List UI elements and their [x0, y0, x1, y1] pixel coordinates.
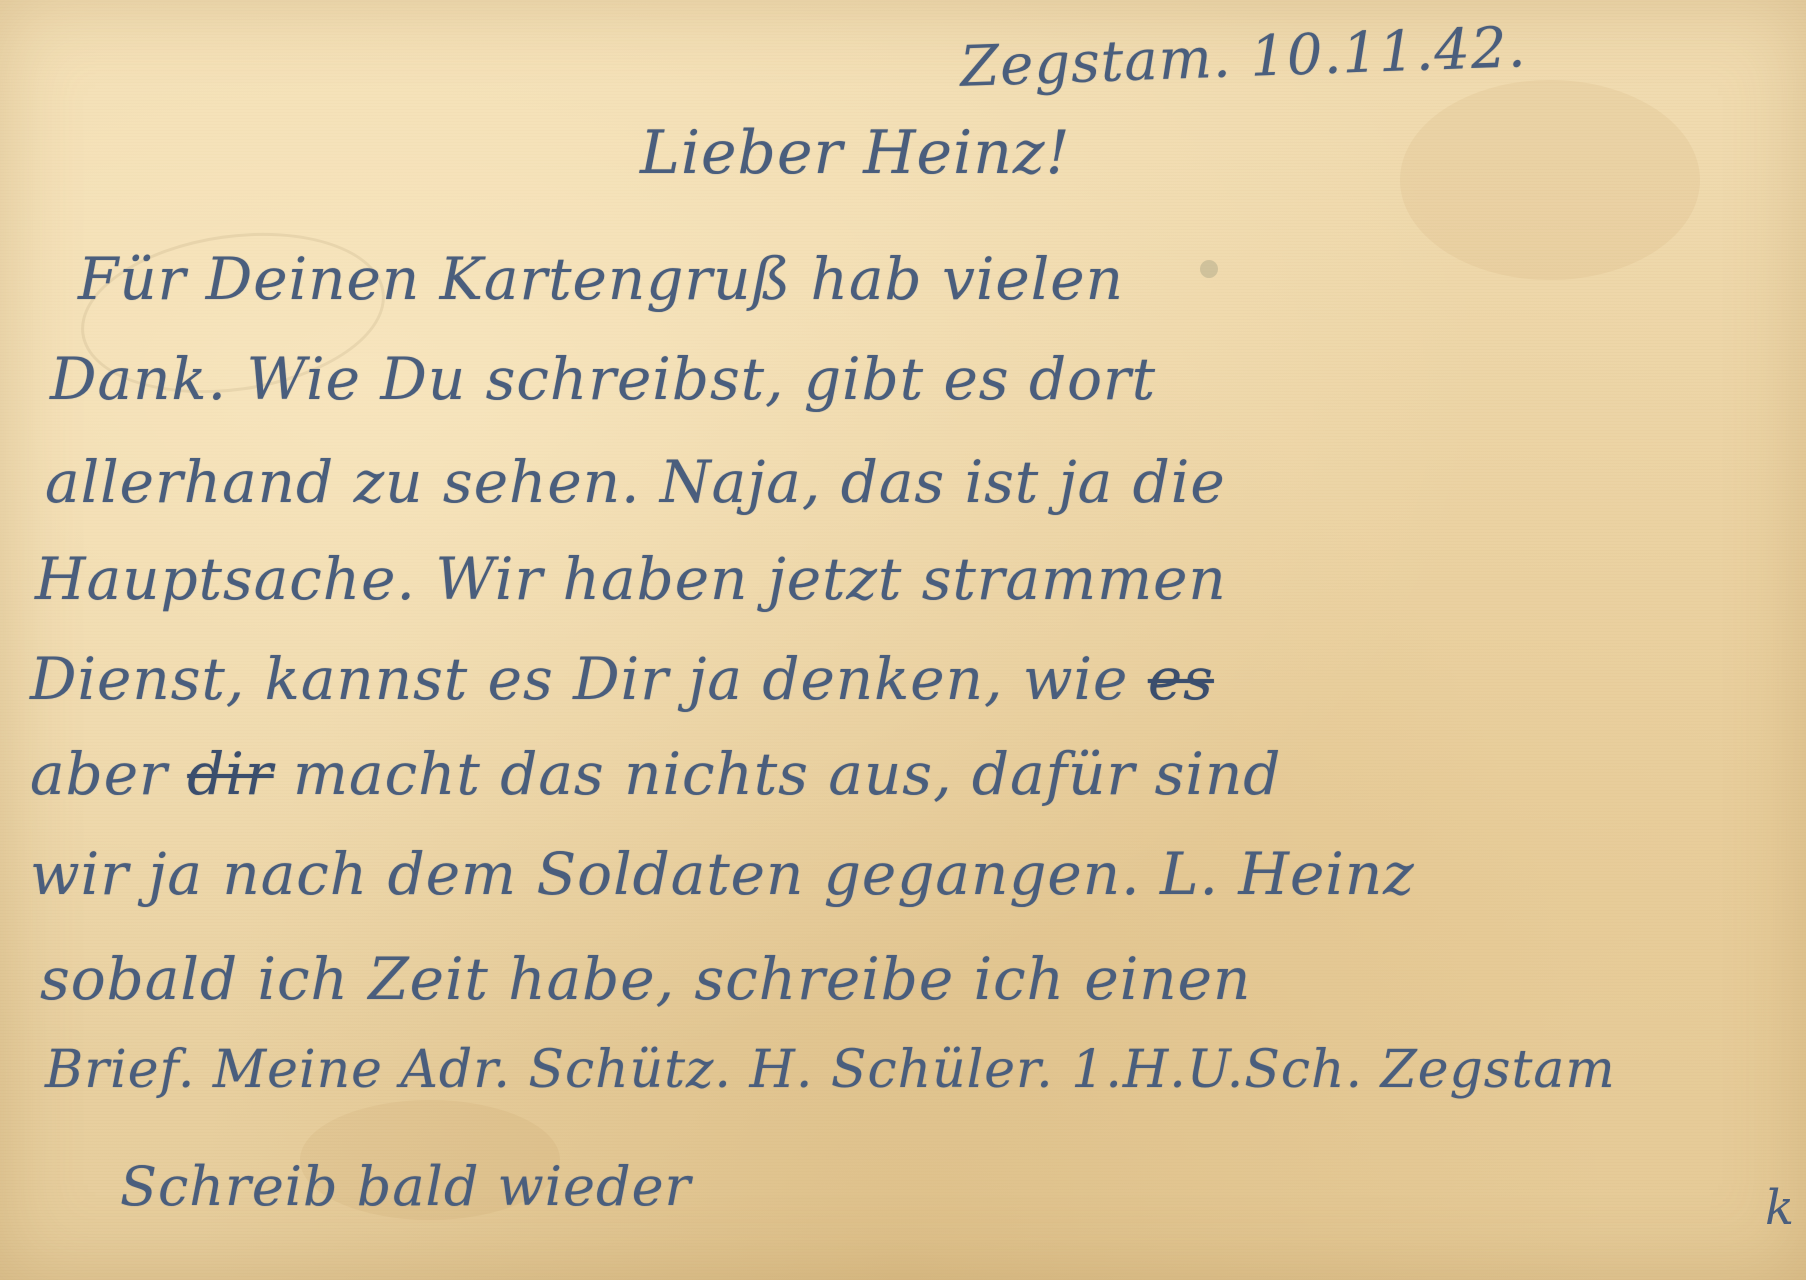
line-text: Dienst, kannst es Dir ja denken, wie: [30, 645, 1148, 713]
letter-line-7: wir ja nach dem Soldaten gegangen. L. He…: [30, 840, 1415, 908]
place-date-heading: Zegstam. 10.11.42.: [959, 15, 1527, 100]
letter-line-3: allerhand zu sehen. Naja, das ist ja die: [45, 448, 1226, 516]
struck-out-word: es: [1148, 645, 1214, 713]
letter-page: Zegstam. 10.11.42. Lieber Heinz! Für Dei…: [0, 0, 1806, 1280]
struck-out-word: dir: [187, 740, 273, 808]
letter-line-6: aber dir macht das nichts aus, dafür sin…: [30, 740, 1281, 808]
letter-line-1: Für Deinen Kartengruß hab vielen: [78, 245, 1124, 313]
line-text: aber: [30, 740, 187, 808]
paper-stain: [1200, 260, 1218, 278]
letter-line-9-address: Brief. Meine Adr. Schütz. H. Schüler. 1.…: [45, 1040, 1616, 1100]
letter-line-2: Dank. Wie Du schreibst, gibt es dort: [50, 345, 1156, 413]
margin-mark: k: [1765, 1180, 1794, 1236]
line-text: macht das nichts aus, dafür sind: [274, 740, 1282, 808]
paper-stain: [1400, 80, 1700, 280]
letter-line-4: Hauptsache. Wir haben jetzt strammen: [35, 545, 1227, 613]
salutation: Lieber Heinz!: [640, 118, 1071, 188]
letter-line-5: Dienst, kannst es Dir ja denken, wie es: [30, 645, 1214, 713]
closing-line: Schreib bald wieder: [120, 1155, 691, 1218]
letter-line-8: sobald ich Zeit habe, schreibe ich einen: [40, 945, 1251, 1013]
